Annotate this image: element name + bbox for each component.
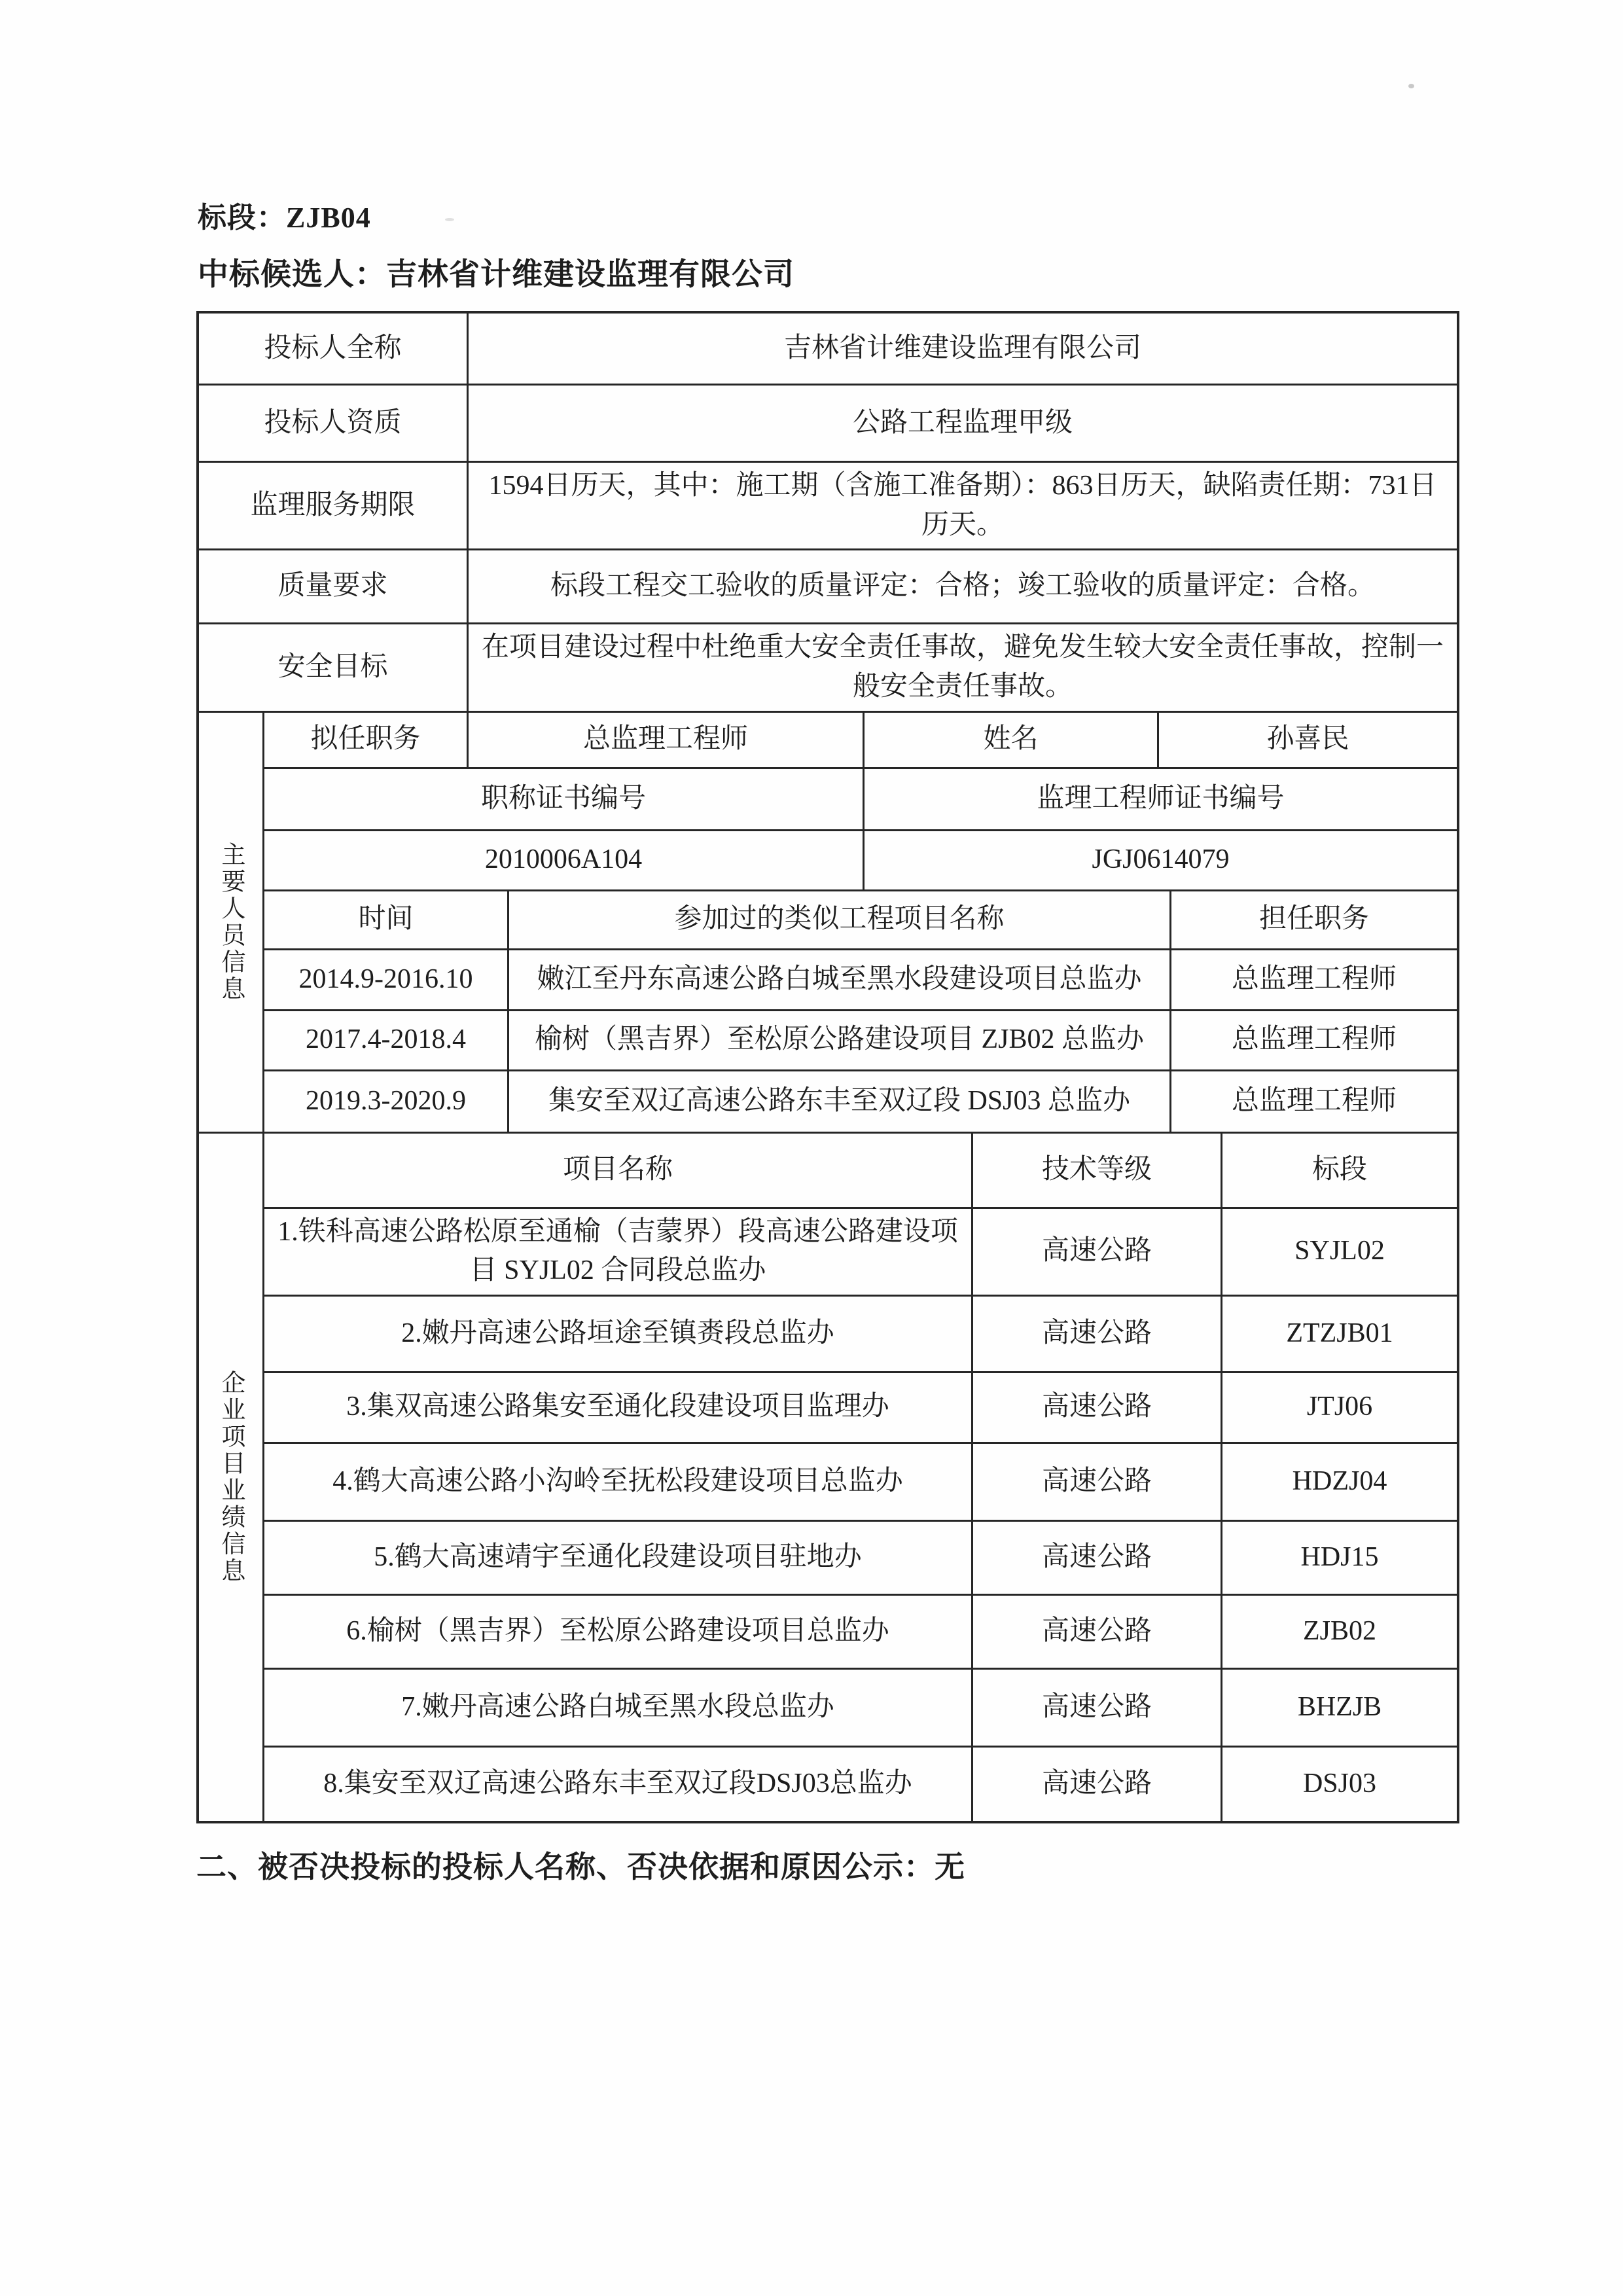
bidder-name-value: 吉林省计维建设监理有限公司 [469,314,1457,384]
lot-code: HDJ15 [1222,1522,1457,1594]
project-name: 3.集双高速公路集安至通化段建设项目监理办 [264,1373,973,1442]
experience-time: 2019.3-2020.9 [264,1071,509,1132]
technical-grade: 高速公路 [973,1748,1222,1821]
service-period-label: 监理服务期限 [199,463,469,548]
performance-row: 2.嫩丹高速公路垣途至镇赉段总监办 高速公路 ZTZJB01 [264,1297,1457,1373]
project-name: 5.鹤大高速靖宇至通化段建设项目驻地办 [264,1522,973,1594]
supervisor-cert-number-value: JGJ0614079 [865,831,1457,889]
performance-section-sidebar: 企业项目业绩信息 [199,1134,264,1821]
project-name: 2.嫩丹高速公路垣途至镇赉段总监办 [264,1297,973,1371]
lot-code: BHZJB [1222,1670,1457,1746]
supervisor-cert-number-label: 监理工程师证书编号 [865,769,1457,829]
technical-grade-header: 技术等级 [973,1134,1222,1207]
person-name-value: 孙喜民 [1159,713,1457,767]
table-row: 2010006A104 JGJ0614079 [264,831,1457,891]
table-row: 拟任职务 总监理工程师 姓名 孙喜民 [264,713,1457,769]
technical-grade: 高速公路 [973,1373,1222,1442]
proposed-position-label: 拟任职务 [264,713,469,767]
project-name: 1.铁科高速公路松原至通榆（吉蒙界）段高速公路建设项目 SYJL02 合同段总监… [264,1209,973,1295]
quality-requirement-value: 标段工程交工验收的质量评定：合格；竣工验收的质量评定：合格。 [469,550,1457,622]
table-row: 质量要求 标段工程交工验收的质量评定：合格；竣工验收的质量评定：合格。 [199,550,1457,624]
key-personnel-section: 主要人员信息 拟任职务 总监理工程师 姓名 孙喜民 职称证书编号 监理工程师证书… [199,713,1457,1134]
experience-role: 总监理工程师 [1171,950,1457,1009]
experience-time-header: 时间 [264,891,509,948]
table-row: 项目名称 技术等级 标段 [264,1134,1457,1209]
performance-row: 3.集双高速公路集安至通化段建设项目监理办 高速公路 JTJ06 [264,1373,1457,1444]
technical-grade: 高速公路 [973,1209,1222,1295]
bidder-qualification-value: 公路工程监理甲级 [469,386,1457,461]
experience-row: 2014.9-2016.10 嫩江至丹东高速公路白城至黑水段建设项目总监办 总监… [264,950,1457,1011]
person-name-label: 姓名 [865,713,1159,767]
scan-speck [1408,84,1414,88]
technical-grade: 高速公路 [973,1670,1222,1746]
performance-row: 8.集安至双辽高速公路东丰至双辽段DSJ03总监办 高速公路 DSJ03 [264,1748,1457,1821]
lot-number-line: 标段：ZJB04 [198,194,371,236]
experience-row: 2017.4-2018.4 榆树（黑吉界）至松原公路建设项目 ZJB02 总监办… [264,1011,1457,1071]
company-performance-section: 企业项目业绩信息 项目名称 技术等级 标段 1.铁科高速公路松原至通榆（吉蒙界）… [199,1134,1457,1821]
winning-candidate-line: 中标候选人：吉林省计维建设监理有限公司 [198,250,794,294]
scanned-document-page: 标段：ZJB04 中标候选人：吉林省计维建设监理有限公司 投标人全称 吉林省计维… [0,0,1623,2296]
lot-header: 标段 [1222,1134,1457,1207]
project-name: 7.嫩丹高速公路白城至黑水段总监办 [264,1670,973,1746]
bidder-qualification-label: 投标人资质 [199,386,469,461]
table-row: 时间 参加过的类似工程项目名称 担任职务 [264,891,1457,950]
title-cert-number-value: 2010006A104 [264,831,865,889]
table-row: 投标人资质 公路工程监理甲级 [199,386,1457,463]
experience-role-header: 担任职务 [1171,891,1457,948]
service-period-value: 1594日历天，其中：施工期（含施工准备期）：863日历天，缺陷责任期：731日… [469,463,1457,548]
performance-rows: 项目名称 技术等级 标段 1.铁科高速公路松原至通榆（吉蒙界）段高速公路建设项目… [264,1134,1457,1821]
project-name-header: 项目名称 [264,1134,973,1207]
technical-grade: 高速公路 [973,1297,1222,1371]
experience-role: 总监理工程师 [1171,1071,1457,1132]
experience-project: 集安至双辽高速公路东丰至双辽段 DSJ03 总监办 [509,1071,1171,1132]
table-row: 职称证书编号 监理工程师证书编号 [264,769,1457,831]
safety-target-label: 安全目标 [199,624,469,710]
project-name: 6.榆树（黑吉界）至松原公路建设项目总监办 [264,1596,973,1668]
lot-code: ZTZJB01 [1222,1297,1457,1371]
performance-row: 1.铁科高速公路松原至通榆（吉蒙界）段高速公路建设项目 SYJL02 合同段总监… [264,1209,1457,1297]
performance-row: 7.嫩丹高速公路白城至黑水段总监办 高速公路 BHZJB [264,1670,1457,1748]
experience-row: 2019.3-2020.9 集安至双辽高速公路东丰至双辽段 DSJ03 总监办 … [264,1071,1457,1132]
table-row: 安全目标 在项目建设过程中杜绝重大安全责任事故，避免发生较大安全责任事故，控制一… [199,624,1457,712]
bid-info-table: 投标人全称 吉林省计维建设监理有限公司 投标人资质 公路工程监理甲级 监理服务期… [196,311,1459,1823]
lot-code: SYJL02 [1222,1209,1457,1295]
table-row: 投标人全称 吉林省计维建设监理有限公司 [199,314,1457,386]
experience-project-header: 参加过的类似工程项目名称 [509,891,1171,948]
experience-time: 2014.9-2016.10 [264,950,509,1009]
title-cert-number-label: 职称证书编号 [264,769,865,829]
technical-grade: 高速公路 [973,1596,1222,1668]
rejected-bidders-line: 二、被否决投标的投标人名称、否决依据和原因公示：无 [196,1843,965,1886]
performance-row: 5.鹤大高速靖宇至通化段建设项目驻地办 高速公路 HDJ15 [264,1522,1457,1596]
proposed-position-value: 总监理工程师 [469,713,865,767]
quality-requirement-label: 质量要求 [199,550,469,622]
experience-role: 总监理工程师 [1171,1011,1457,1069]
project-name: 8.集安至双辽高速公路东丰至双辽段DSJ03总监办 [264,1748,973,1821]
bidder-name-label: 投标人全称 [199,314,469,384]
performance-section-label: 企业项目业绩信息 [219,1370,243,1585]
lot-code: DSJ03 [1222,1748,1457,1821]
personnel-section-label: 主要人员信息 [219,842,243,1003]
experience-time: 2017.4-2018.4 [264,1011,509,1069]
lot-code: HDZJ04 [1222,1444,1457,1520]
personnel-section-sidebar: 主要人员信息 [199,713,264,1132]
technical-grade: 高速公路 [973,1522,1222,1594]
technical-grade: 高速公路 [973,1444,1222,1520]
experience-project: 榆树（黑吉界）至松原公路建设项目 ZJB02 总监办 [509,1011,1171,1069]
performance-row: 4.鹤大高速公路小沟岭至抚松段建设项目总监办 高速公路 HDZJ04 [264,1444,1457,1522]
lot-code: JTJ06 [1222,1373,1457,1442]
lot-code: ZJB02 [1222,1596,1457,1668]
personnel-rows: 拟任职务 总监理工程师 姓名 孙喜民 职称证书编号 监理工程师证书编号 2010… [264,713,1457,1132]
safety-target-value: 在项目建设过程中杜绝重大安全责任事故，避免发生较大安全责任事故，控制一般安全责任… [469,624,1457,710]
performance-row: 6.榆树（黑吉界）至松原公路建设项目总监办 高速公路 ZJB02 [264,1596,1457,1670]
table-row: 监理服务期限 1594日历天，其中：施工期（含施工准备期）：863日历天，缺陷责… [199,463,1457,550]
experience-project: 嫩江至丹东高速公路白城至黑水段建设项目总监办 [509,950,1171,1009]
project-name: 4.鹤大高速公路小沟岭至抚松段建设项目总监办 [264,1444,973,1520]
scan-speck [445,218,454,221]
